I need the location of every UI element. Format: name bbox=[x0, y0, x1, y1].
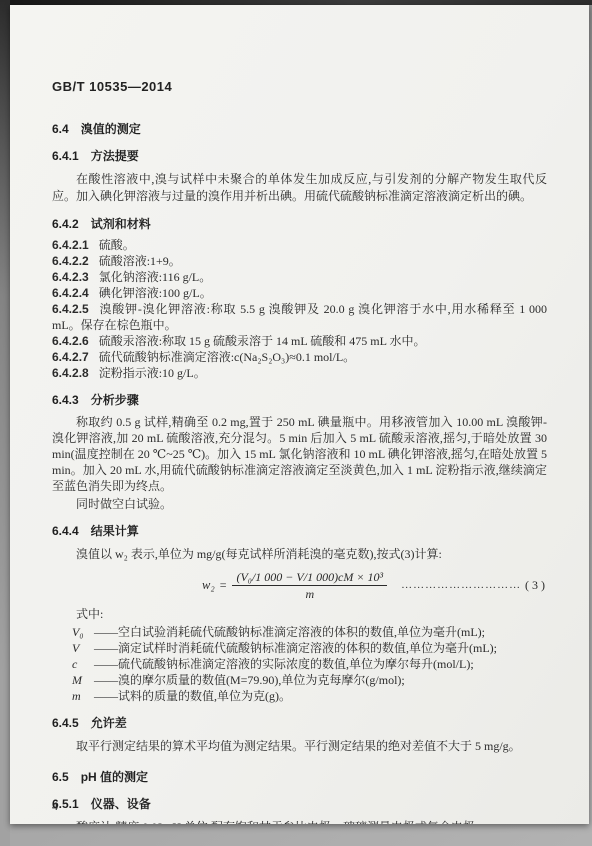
reagent-item: 6.4.2.3氯化钠溶液:116 g/L。 bbox=[52, 269, 547, 285]
page-number: 4 bbox=[52, 799, 58, 814]
definition-desc: ——滴定试样时消耗硫代硫酸钠标准滴定溶液的体积的数值,单位为毫升(mL); bbox=[94, 640, 547, 656]
clause-text: 硫酸。 bbox=[99, 238, 135, 252]
leader-dots: ………………………………………… bbox=[401, 579, 521, 591]
section-number: 6.4.4 bbox=[52, 524, 79, 538]
section-heading-6-5-1: 6.5.1仪器、设备 bbox=[52, 796, 547, 812]
clause-number: 6.4.2.3 bbox=[52, 270, 89, 284]
definition-term: m bbox=[72, 688, 94, 704]
reagent-item: 6.4.2.1硫酸。 bbox=[52, 237, 547, 253]
clause-text: 硫酸溶液:1+9。 bbox=[99, 254, 181, 268]
section-title: 仪器、设备 bbox=[91, 797, 151, 811]
reagent-item: 6.4.2.6硫酸汞溶液:称取 15 g 硫酸汞溶于 14 mL 硫酸和 475… bbox=[52, 333, 547, 349]
section-heading-6-4-4: 6.4.4结果计算 bbox=[52, 523, 547, 539]
paragraph-instruments: 酸度计:精度 0.02 pH 单位,配有饱和甘汞参比电极、玻璃测量电极或复合电极… bbox=[52, 819, 547, 824]
reagent-item: 6.4.2.7硫代硫酸钠标准滴定溶液:c(Na₂S₂O₃)≈0.1 mol/L。 bbox=[52, 349, 547, 365]
section-heading-6-4-1: 6.4.1方法提要 bbox=[52, 148, 547, 164]
reagent-list: 6.4.2.1硫酸。 6.4.2.2硫酸溶液:1+9。 6.4.2.3氯化钠溶液… bbox=[52, 237, 547, 381]
where-label: 式中: bbox=[52, 606, 547, 622]
definition-desc: ——溴的摩尔质量的数值(M=79.90),单位为克每摩尔(g/mol); bbox=[94, 672, 547, 688]
clause-number: 6.4.2.7 bbox=[52, 350, 89, 364]
clause-number: 6.4.2.4 bbox=[52, 286, 89, 300]
doc-number: GB/T 10535—2014 bbox=[52, 79, 547, 94]
fraction-numerator: (V₀/1 000 − V/1 000)cM × 10³ bbox=[232, 570, 387, 586]
definition-term: M bbox=[72, 672, 94, 688]
reagent-item: 6.4.2.2硫酸溶液:1+9。 bbox=[52, 253, 547, 269]
definition-desc: ——硫代硫酸钠标准滴定溶液的实际浓度的数值,单位为摩尔每升(mol/L); bbox=[94, 656, 547, 672]
definition-row: V₀——空白试验消耗硫代硫酸钠标准滴定溶液的体积的数值,单位为毫升(mL); bbox=[52, 624, 547, 640]
section-number: 6.4.5 bbox=[52, 716, 79, 730]
section-title: 试剂和材料 bbox=[91, 217, 151, 231]
definition-row: c——硫代硫酸钠标准滴定溶液的实际浓度的数值,单位为摩尔每升(mol/L); bbox=[52, 656, 547, 672]
paragraph-procedure: 称取约 0.5 g 试样,精确至 0.2 mg,置于 250 mL 碘量瓶中。用… bbox=[52, 414, 547, 494]
definition-term: c bbox=[72, 656, 94, 672]
equation-number: ( 3 ) bbox=[525, 578, 545, 593]
section-number: 6.4.3 bbox=[52, 393, 79, 407]
definition-list: V₀——空白试验消耗硫代硫酸钠标准滴定溶液的体积的数值,单位为毫升(mL); V… bbox=[52, 624, 547, 704]
reagent-item: 6.4.2.8淀粉指示液:10 g/L。 bbox=[52, 365, 547, 381]
section-title: 结果计算 bbox=[91, 524, 139, 538]
section-heading-6-4-5: 6.4.5允许差 bbox=[52, 715, 547, 731]
section-title: 分析步骤 bbox=[91, 393, 139, 407]
reagent-item: 6.4.2.4碘化钾溶液:100 g/L。 bbox=[52, 285, 547, 301]
clause-text: 溴酸钾-溴化钾溶液:称取 5.5 g 溴酸钾及 20.0 g 溴化钾溶于水中,用… bbox=[52, 302, 547, 332]
section-title: 方法提要 bbox=[91, 149, 139, 163]
scan-left-shadow bbox=[0, 0, 10, 846]
fraction-denominator: m bbox=[305, 586, 314, 601]
clause-number: 6.4.2.1 bbox=[52, 238, 89, 252]
section-number: 6.4.2 bbox=[52, 217, 79, 231]
section-title: 允许差 bbox=[91, 716, 127, 730]
clause-number: 6.4.2.8 bbox=[52, 366, 89, 380]
definition-term: V₀ bbox=[72, 624, 94, 640]
clause-text: 硫代硫酸钠标准滴定溶液:c(Na₂S₂O₃)≈0.1 mol/L。 bbox=[99, 350, 355, 364]
section-heading-6-4-2: 6.4.2试剂和材料 bbox=[52, 216, 547, 232]
definition-row: M——溴的摩尔质量的数值(M=79.90),单位为克每摩尔(g/mol); bbox=[52, 672, 547, 688]
clause-number: 6.4.2.2 bbox=[52, 254, 89, 268]
section-title: 溴值的测定 bbox=[81, 122, 141, 136]
paragraph-formula-intro: 溴值以 w₂ 表示,单位为 mg/g(每克试样所消耗溴的毫克数),按式(3)计算… bbox=[52, 546, 547, 563]
reagent-item: 6.4.2.5溴酸钾-溴化钾溶液:称取 5.5 g 溴酸钾及 20.0 g 溴化… bbox=[52, 301, 547, 333]
section-heading-6-4: 6.4溴值的测定 bbox=[52, 121, 547, 137]
equals-sign: = bbox=[220, 578, 227, 593]
definition-desc: ——试料的质量的数值,单位为克(g)。 bbox=[94, 688, 547, 704]
section-number: 6.5 bbox=[52, 770, 69, 784]
clause-text: 碘化钾溶液:100 g/L。 bbox=[99, 286, 212, 300]
clause-number: 6.4.2.6 bbox=[52, 334, 89, 348]
paragraph-tolerance: 取平行测定结果的算术平均值为测定结果。平行测定结果的绝对差值不大于 5 mg/g… bbox=[52, 738, 547, 755]
clause-number: 6.4.2.5 bbox=[52, 302, 89, 316]
definition-row: m——试料的质量的数值,单位为克(g)。 bbox=[52, 688, 547, 704]
paragraph-method-summary: 在酸性溶液中,溴与试样中未聚合的单体发生加成反应,与引发剂的分解产物发生取代反应… bbox=[52, 171, 547, 205]
document-page: GB/T 10535—2014 6.4溴值的测定 6.4.1方法提要 在酸性溶液… bbox=[10, 5, 589, 824]
definition-desc: ——空白试验消耗硫代硫酸钠标准滴定溶液的体积的数值,单位为毫升(mL); bbox=[94, 624, 547, 640]
clause-text: 硫酸汞溶液:称取 15 g 硫酸汞溶于 14 mL 硫酸和 475 mL 水中。 bbox=[99, 334, 426, 348]
definition-term: V bbox=[72, 640, 94, 656]
equation-3: w₂ = (V₀/1 000 − V/1 000)cM × 10³ m …………… bbox=[202, 568, 547, 602]
section-heading-6-5: 6.5pH 值的测定 bbox=[52, 769, 547, 785]
section-number: 6.4 bbox=[52, 122, 69, 136]
clause-text: 淀粉指示液:10 g/L。 bbox=[99, 366, 206, 380]
clause-text: 氯化钠溶液:116 g/L。 bbox=[99, 270, 212, 284]
section-title: pH 值的测定 bbox=[81, 770, 148, 784]
section-heading-6-4-3: 6.4.3分析步骤 bbox=[52, 392, 547, 408]
fraction: (V₀/1 000 − V/1 000)cM × 10³ m bbox=[232, 570, 387, 601]
definition-row: V——滴定试样时消耗硫代硫酸钠标准滴定溶液的体积的数值,单位为毫升(mL); bbox=[52, 640, 547, 656]
section-number: 6.4.1 bbox=[52, 149, 79, 163]
equation-lhs: w₂ bbox=[202, 578, 215, 593]
paragraph-blank-test: 同时做空白试验。 bbox=[52, 496, 547, 512]
